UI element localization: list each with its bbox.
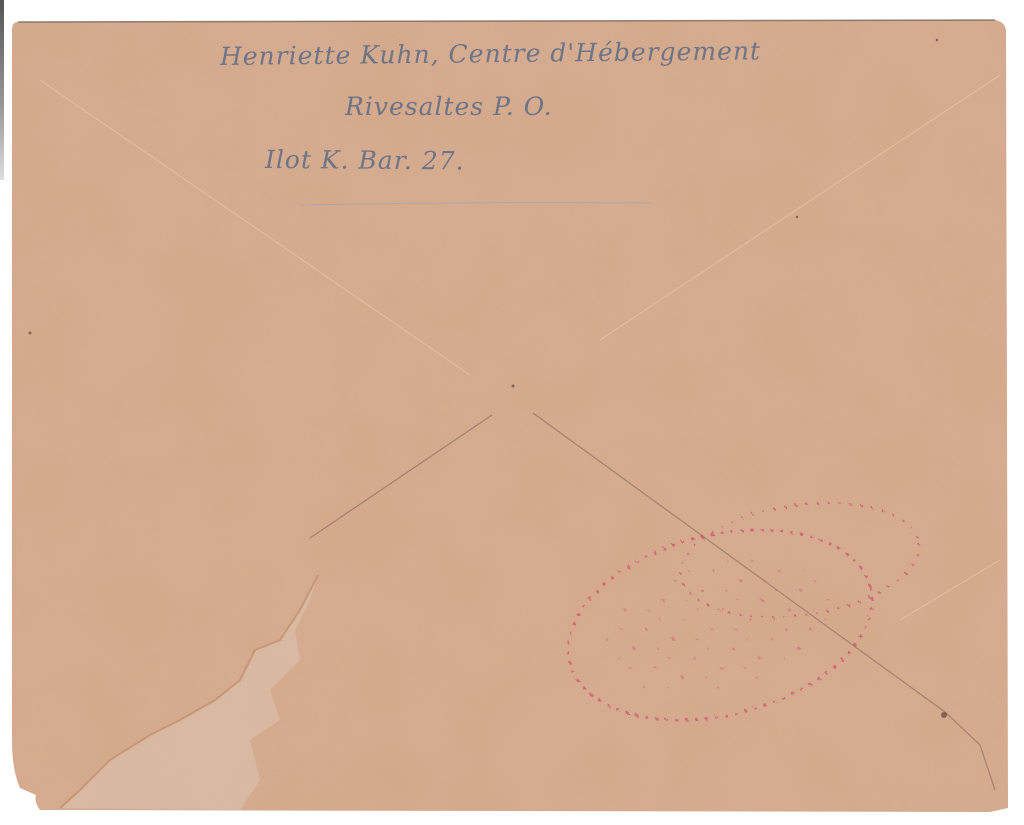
sender-address-line-3: Ilot K. Bar. 27. (265, 145, 465, 175)
sender-address-line-2: Rivesaltes P. O. (345, 92, 553, 121)
envelope (0, 0, 1024, 825)
sender-address-line-1: Henriette Kuhn, Centre d'Hébergement (220, 36, 761, 71)
